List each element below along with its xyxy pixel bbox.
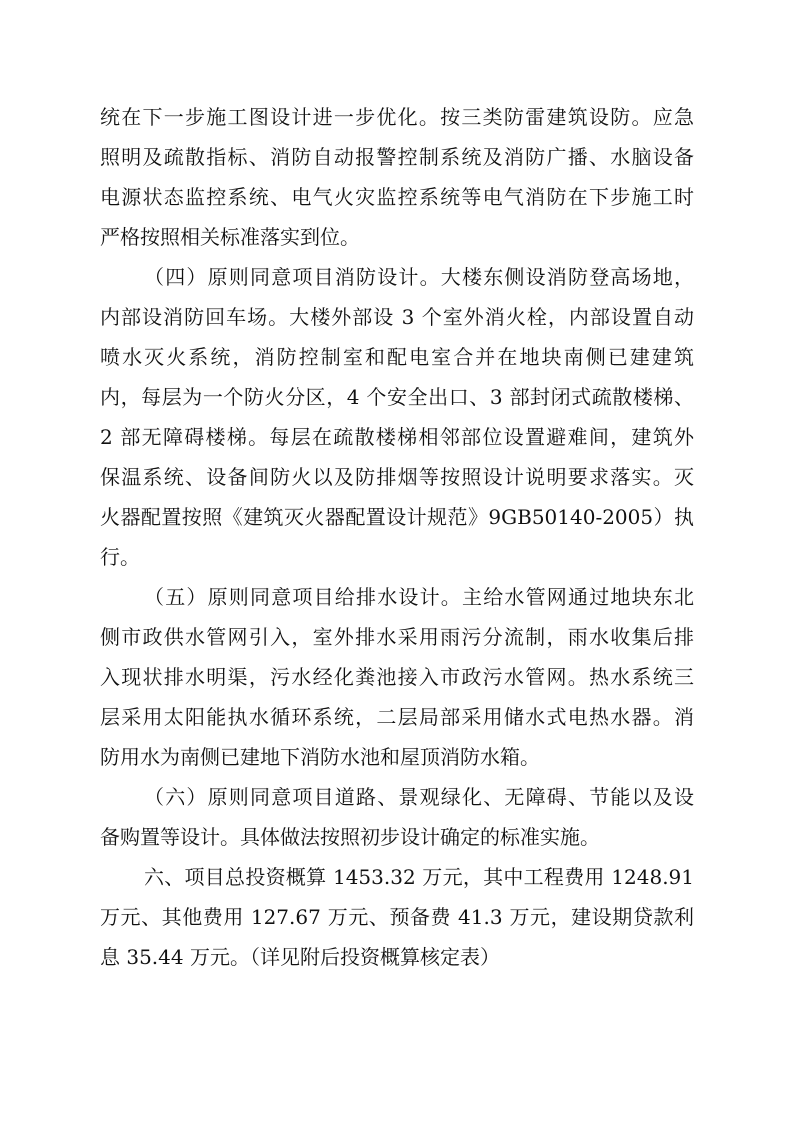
paragraph-electrical-fire-systems: 统在下一步施工图设计进一步优化。按三类防雷建筑设防。应急 照明及疏散指标、消防自… [100,97,694,257]
text-line: 照明及疏散指标、消防自动报警控制系统及消防广播、水脑设备 [100,137,694,177]
text-line: 喷水灭火系统，消防控制室和配电室合并在地块南侧已建建筑 [100,337,694,377]
text-line: 电源状态监控系统、电气火灾监控系统等电气消防在下步施工时 [100,177,694,217]
text-line: 防用水为南侧已建地下消防水池和屋顶消防水箱。 [100,737,694,777]
document-body: 统在下一步施工图设计进一步优化。按三类防雷建筑设防。应急 照明及疏散指标、消防自… [100,97,694,977]
paragraph-investment-estimate: 六、项目总投资概算 1453.32 万元，其中工程费用 1248.91 万元、其… [100,857,694,977]
text-line-indented: （四）原则同意项目消防设计。大楼东侧设消防登高场地， [100,257,694,297]
text-line: 2 部无障碍楼梯。每层在疏散楼梯相邻部位设置避难间，建筑外 [100,417,694,457]
text-line: 保温系统、设备间防火以及防排烟等按照设计说明要求落实。灭 [100,457,694,497]
text-line: 息 35.44 万元。（详见附后投资概算核定表） [100,937,694,977]
text-line: 统在下一步施工图设计进一步优化。按三类防雷建筑设防。应急 [100,97,694,137]
text-line-indented: （五）原则同意项目给排水设计。主给水管网通过地块东北 [100,577,694,617]
text-line: 严格按照相关标准落实到位。 [100,217,694,257]
text-line-indented: （六）原则同意项目道路、景观绿化、无障碍、节能以及设 [100,777,694,817]
text-line: 层采用太阳能执水循环系统，二层局部采用储水式电热水器。消 [100,697,694,737]
text-line: 内部设消防回车场。大楼外部设 3 个室外消火栓，内部设置自动 [100,297,694,337]
text-line: 行。 [100,537,694,577]
paragraph-roads-landscape: （六）原则同意项目道路、景观绿化、无障碍、节能以及设 备购置等设计。具体做法按照… [100,777,694,857]
text-line: 侧市政供水管网引入，室外排水采用雨污分流制，雨水收集后排 [100,617,694,657]
text-line-indented: 六、项目总投资概算 1453.32 万元，其中工程费用 1248.91 [100,857,694,897]
text-line: 备购置等设计。具体做法按照初步设计确定的标准实施。 [100,817,694,857]
text-line: 火器配置按照《建筑灭火器配置设计规范》9GB50140-2005）执 [100,497,694,537]
text-line: 万元、其他费用 127.67 万元、预备费 41.3 万元，建设期贷款利 [100,897,694,937]
document-page: 统在下一步施工图设计进一步优化。按三类防雷建筑设防。应急 照明及疏散指标、消防自… [0,0,793,1122]
paragraph-fire-protection-design: （四）原则同意项目消防设计。大楼东侧设消防登高场地， 内部设消防回车场。大楼外部… [100,257,694,577]
text-line: 入现状排水明渠，污水经化粪池接入市政污水管网。热水系统三 [100,657,694,697]
text-line: 内，每层为一个防火分区，4 个安全出口、3 部封闭式疏散楼梯、 [100,377,694,417]
paragraph-water-supply-drainage: （五）原则同意项目给排水设计。主给水管网通过地块东北 侧市政供水管网引入，室外排… [100,577,694,777]
